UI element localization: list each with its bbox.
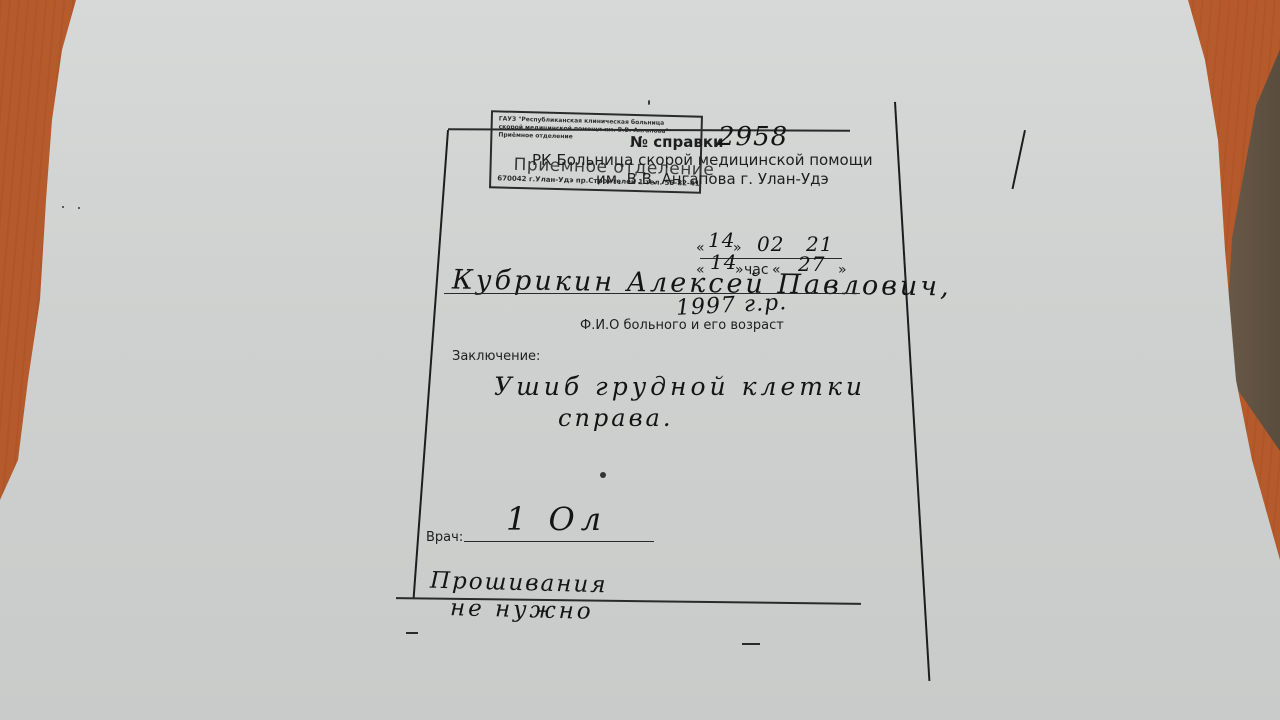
ink-speck: [600, 472, 606, 478]
ink-speck: [62, 206, 64, 208]
conclusion-text-line-2: справа.: [558, 404, 673, 432]
stray-mark: [742, 643, 760, 645]
institution-line-1: РК Больница скорой медицинской помощи: [532, 151, 873, 169]
date-open-quote: «: [696, 240, 705, 256]
note-line-1: Прошивания: [430, 568, 608, 599]
note-line-2: не нужно: [450, 595, 594, 625]
paper-sheet: [0, 0, 1280, 720]
doctor-signature-line: [464, 541, 654, 542]
doctor-signature: 1 Ол: [506, 500, 607, 538]
conclusion-text-line-1: Ушиб грудной клетки: [494, 372, 866, 401]
date-day: 14: [708, 228, 735, 252]
cert-number-value: 2958: [718, 122, 788, 152]
ink-speck: [648, 100, 650, 105]
ink-speck: [78, 207, 80, 209]
doctor-label: Врач:: [426, 530, 463, 545]
conclusion-label: Заключение:: [452, 349, 540, 364]
date-month: 02: [757, 232, 784, 256]
cert-number-label: № справки: [630, 133, 724, 151]
patient-caption: Ф.И.О больного и его возраст: [580, 318, 784, 333]
stray-mark: [406, 632, 418, 634]
institution-line-2: им. В.В. Ангапова г. Улан-Удэ: [596, 170, 829, 188]
patient-underline: [444, 293, 860, 294]
